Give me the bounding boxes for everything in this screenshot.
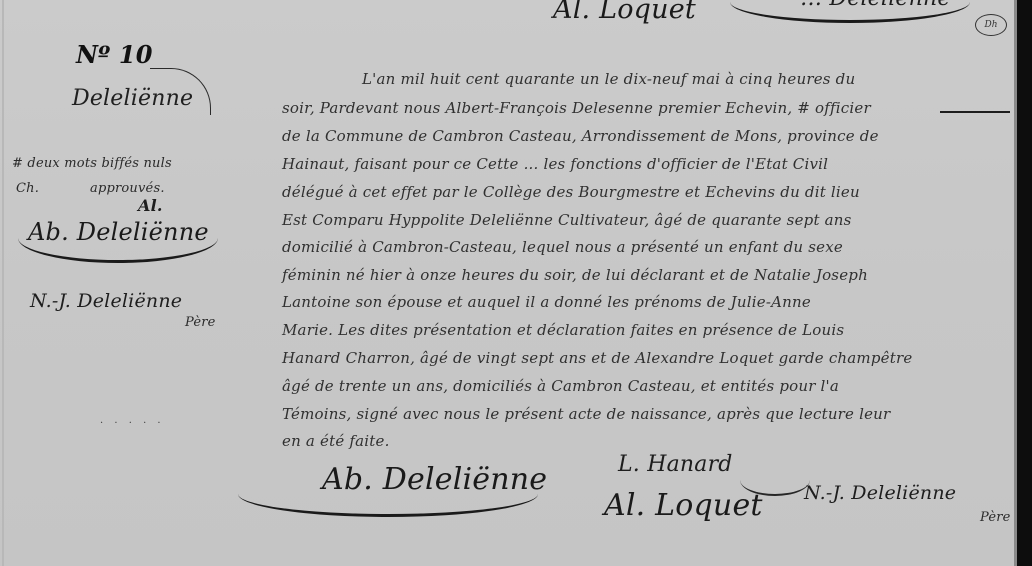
paraph-stamp: Dh <box>975 14 1007 36</box>
margin-note-approver: Al. <box>138 196 163 215</box>
top-signature-loquet: Al. Loquet <box>553 0 696 25</box>
top-signature-flourish <box>730 2 970 23</box>
body-line-2: soir, Pardevant nous Albert-François Del… <box>282 99 871 117</box>
body-line-6: Est Comparu Hyppolite Deleliënne Cultiva… <box>282 211 852 229</box>
margin-bracket <box>150 68 211 115</box>
record-number: Nº 10 <box>76 40 153 69</box>
body-line-10: Marie. Les dites présentation et déclara… <box>282 321 844 339</box>
body-line-8: féminin né hier à onze heures du soir, d… <box>282 266 868 284</box>
margin-note-line1: # deux mots biffés nuls <box>12 156 172 171</box>
body-line-1: L'an mil huit cent quarante un le dix-ne… <box>362 70 855 88</box>
body-line-9: Lantoine son épouse et auquel il a donné… <box>282 293 811 311</box>
body-line-14: en a été faite. <box>282 432 390 450</box>
page-left-edge <box>2 0 4 566</box>
scan-border <box>1017 0 1032 566</box>
signature-officer-flourish <box>238 494 538 517</box>
margin-signature-father-suffix: Père <box>185 315 216 330</box>
margin-divider-dots: · · · · · <box>100 418 165 429</box>
signature-officer: Ab. Deleliënne <box>322 462 547 497</box>
margin-signature-flourish <box>18 238 218 263</box>
body-line-11: Hanard Charron, âgé de vingt sept ans et… <box>282 349 912 367</box>
body-line-4: Hainaut, faisant pour ce Cette ... les f… <box>282 155 828 173</box>
signature-witness-loquet: Al. Loquet <box>604 488 763 523</box>
margin-signature-father: N.-J. Deleliënne <box>30 290 182 312</box>
signature-declarant-suffix: Père <box>980 510 1011 525</box>
body-line-3: de la Commune de Cambron Casteau, Arrond… <box>282 127 879 145</box>
body-line-7: domicilié à Cambron-Casteau, lequel nous… <box>282 238 843 256</box>
body-line-12: âgé de trente un ans, domiciliés à Cambr… <box>282 377 839 395</box>
body-line-13: Témoins, signé avec nous le présent acte… <box>282 405 890 423</box>
signature-witness-hanard: L. Hanard <box>618 452 733 477</box>
register-page-scan: Al. Loquet … Deleliënne Dh Nº 10 Delelië… <box>0 0 1032 566</box>
margin-note-line2: approuvés. <box>90 181 165 196</box>
signature-declarant: N.-J. Deleliënne <box>804 482 956 504</box>
struck-word-line <box>940 111 1010 113</box>
margin-note-initials: Ch. <box>16 181 39 196</box>
body-line-5: délégué à cet effet par le Collège des B… <box>282 183 860 201</box>
